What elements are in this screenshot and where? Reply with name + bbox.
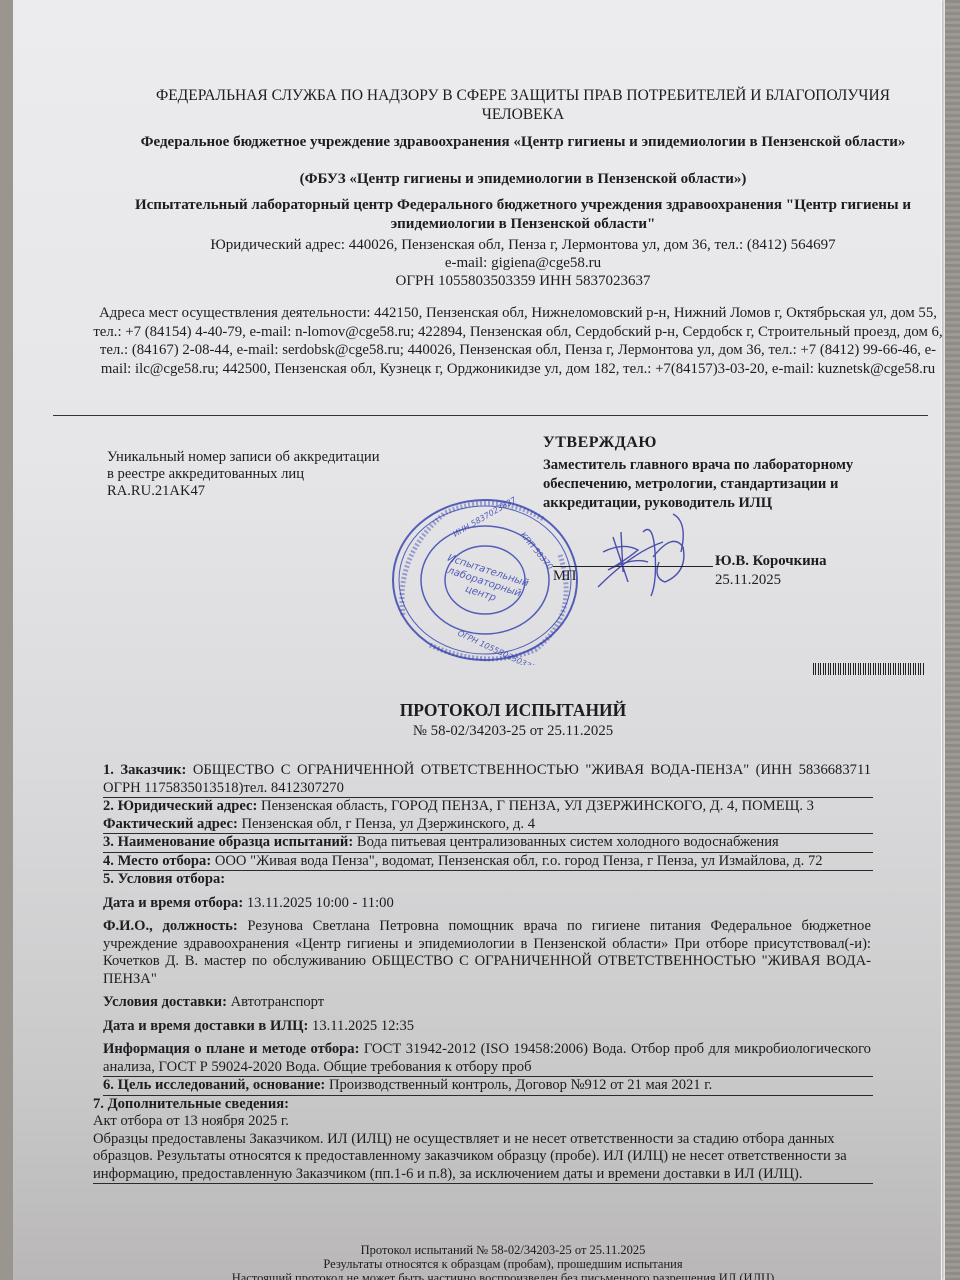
delivery-datetime-label: Дата и время доставки в ИЛЦ:: [103, 1018, 308, 1034]
disclaimer-text: Образцы предоставлены Заказчиком. ИЛ (ИЛ…: [93, 1131, 871, 1184]
svg-text:КПП 58370: КПП 58370: [518, 531, 554, 572]
delivery-value: Автотранспорт: [231, 994, 325, 1010]
delivery-row: Условия доставки: Автотранспорт: [103, 994, 873, 1012]
person-row: Ф.И.О., должность: Резунова Светлана Пет…: [103, 918, 873, 988]
protocol-number: № 58-02/34203-25 от 25.11.2025: [313, 723, 713, 740]
conditions-row: 5. Условия отбора:: [103, 871, 873, 889]
approval-date: 25.11.2025: [715, 572, 781, 589]
signature-line: [553, 566, 713, 567]
actual-address-row: Фактический адрес: Пензенская обл, г Пен…: [103, 816, 873, 835]
delivery-datetime-row: Дата и время доставки в ИЛЦ: 13.11.2025 …: [103, 1018, 873, 1036]
footer-reproduction-note: Настоящий протокол не может быть частичн…: [193, 1271, 813, 1280]
accreditation-line2: в реестре аккредитованных лиц: [107, 466, 467, 483]
document-page: ФЕДЕРАЛЬНАЯ СЛУЖБА ПО НАДЗОРУ В СФЕРЕ ЗА…: [13, 0, 941, 1280]
footer-results-note: Результаты относятся к образцам (пробам)…: [213, 1257, 793, 1271]
conditions-label: 5. Условия отбора:: [103, 871, 225, 887]
actual-address-label: Фактический адрес:: [103, 816, 238, 832]
additional-label: 7. Дополнительные сведения:: [93, 1096, 289, 1112]
sample-name-row: 3. Наименование образца испытаний: Вода …: [103, 834, 873, 853]
act-text: Акт отбора от 13 ноября 2025 г.: [93, 1113, 871, 1131]
person-label: Ф.И.О., должность:: [103, 918, 238, 934]
header-divider: [53, 415, 928, 416]
sample-name-value: Вода питьевая централизованных систем хо…: [357, 834, 779, 850]
sampling-datetime-label: Дата и время отбора:: [103, 895, 243, 911]
sampling-place-value: ООО "Живая вода Пенза", водомат, Пензенс…: [215, 853, 823, 869]
institution-short-name: (ФБУЗ «Центр гигиены и эпидемиологии в П…: [133, 170, 913, 189]
approval-block: УТВЕРЖДАЮ Заместитель главного врача по …: [543, 434, 903, 513]
approval-title: УТВЕРЖДАЮ: [543, 434, 903, 452]
customer-row: 1. Заказчик: ОБЩЕСТВО С ОГРАНИЧЕННОЙ ОТВ…: [103, 762, 873, 798]
purpose-label: 6. Цель исследований, основание:: [103, 1077, 325, 1093]
signer-name: Ю.В. Корочкина: [715, 553, 827, 570]
sampling-datetime-row: Дата и время отбора: 13.11.2025 10:00 - …: [103, 895, 873, 913]
signature-icon: [593, 512, 703, 597]
actual-address-value: Пензенская обл, г Пенза, ул Дзержинского…: [242, 816, 536, 832]
footer-protocol-ref: Протокол испытаний № 58-02/34203-25 от 2…: [213, 1243, 793, 1257]
sampling-place-row: 4. Место отбора: ООО "Живая вода Пенза",…: [103, 853, 873, 872]
lab-center-name: Испытательный лабораторный центр Федерал…: [133, 196, 913, 234]
stamp-mark: МП: [553, 568, 576, 585]
delivery-datetime-value: 13.11.2025 12:35: [312, 1018, 414, 1034]
additional-row: 7. Дополнительные сведения: Акт отбора о…: [93, 1096, 873, 1185]
background-surface-left: [0, 0, 14, 1280]
barcode-icon: [813, 663, 925, 675]
institution-name: Федеральное бюджетное учреждение здравоо…: [133, 133, 913, 152]
activity-addresses: Адреса мест осуществления деятельности: …: [93, 304, 943, 378]
method-row: Информация о плане и методе отбора: ГОСТ…: [103, 1041, 873, 1077]
sampling-datetime-value: 13.11.2025 10:00 - 11:00: [247, 895, 394, 911]
sampling-place-label: 4. Место отбора:: [103, 853, 211, 869]
accreditation-block: Уникальный номер записи об аккредитации …: [107, 449, 467, 500]
legal-address-value: Пензенская область, ГОРОД ПЕНЗА, Г ПЕНЗА…: [261, 798, 814, 814]
email: e-mail: gigiena@cge58.ru: [133, 254, 913, 272]
sample-name-label: 3. Наименование образца испытаний:: [103, 834, 353, 850]
protocol-title: ПРОТОКОЛ ИСПЫТАНИЙ: [313, 700, 713, 721]
legal-address-label: 2. Юридический адрес:: [103, 798, 257, 814]
purpose-value: Производственный контроль, Договор №912 …: [329, 1077, 712, 1093]
purpose-row: 6. Цель исследований, основание: Произво…: [103, 1077, 873, 1096]
customer-label: 1. Заказчик:: [103, 762, 186, 778]
legal-address-row: 2. Юридический адрес: Пензенская область…: [103, 798, 873, 816]
approval-position: Заместитель главного врача по лабораторн…: [543, 456, 903, 513]
method-label: Информация о плане и методе отбора:: [103, 1041, 359, 1057]
agency-name: ФЕДЕРАЛЬНАЯ СЛУЖБА ПО НАДЗОРУ В СФЕРЕ ЗА…: [133, 86, 913, 124]
protocol-form: 1. Заказчик: ОБЩЕСТВО С ОГРАНИЧЕННОЙ ОТВ…: [103, 762, 873, 1184]
legal-address-block: Юридический адрес: 440026, Пензенская об…: [133, 236, 913, 290]
legal-address: Юридический адрес: 440026, Пензенская об…: [133, 236, 913, 254]
ogrn-inn: ОГРН 1055803503359 ИНН 5837023637: [133, 272, 913, 290]
delivery-label: Условия доставки:: [103, 994, 227, 1010]
accreditation-line1: Уникальный номер записи об аккредитации: [107, 449, 467, 466]
customer-value: ОБЩЕСТВО С ОГРАНИЧЕННОЙ ОТВЕТСТВЕННОСТЬЮ…: [103, 762, 871, 796]
